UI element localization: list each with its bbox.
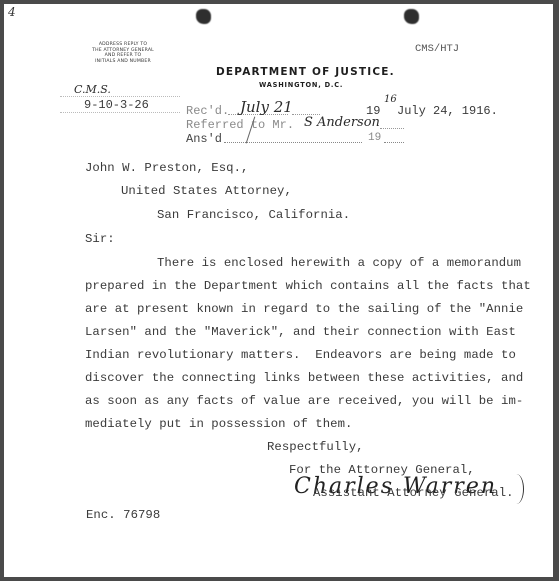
body-line: Larsen" and the "Maverick", and their co… (85, 325, 516, 339)
recipient-title: United States Attorney, (121, 184, 292, 198)
stamp-answered-dots-2 (384, 142, 404, 143)
stamp-referred-dots (380, 128, 404, 129)
address-notice-line: INITIALS AND NUMBER (68, 59, 178, 65)
signer-title: Assistant Attorney General. (313, 486, 514, 500)
stamp-received-year-handwritten: 16 (384, 94, 397, 105)
recipient-name: John W. Preston, Esq., (85, 161, 248, 175)
body-line: are at present known in regard to the sa… (85, 302, 523, 316)
punch-hole-left (196, 9, 211, 24)
stamp-received-handwritten: July 21 (240, 98, 293, 116)
letterhead-location: WASHINGTON, D.C. (259, 81, 343, 89)
initials-handwritten: C.M.S. (74, 83, 111, 96)
received-stamp: Rec'd. July 21 19 16 Referred to Mr. S A… (184, 100, 424, 146)
body-line: There is enclosed herewith a copy of a m… (157, 256, 521, 270)
body-line: prepared in the Department which contain… (85, 279, 531, 293)
recipient-location: San Francisco, California. (157, 208, 350, 222)
letter-page: 4 ADDRESS REPLY TO THE ATTORNEY GENERAL … (4, 4, 553, 577)
stamp-referred-handwritten: S Anderson (304, 115, 380, 130)
body-line: Indian revolutionary matters. Endeavors … (85, 348, 516, 362)
body-line: as soon as any facts of value are receiv… (85, 394, 523, 408)
stamp-answered-year-prefix: 19 (368, 132, 381, 144)
file-number-rule (60, 112, 180, 113)
body-line: discover the connecting links between th… (85, 371, 523, 385)
stamp-received-label: Rec'd. (186, 104, 229, 118)
enclosure-note: Enc. 76798 (86, 508, 160, 522)
salutation: Sir: (85, 232, 115, 246)
stamp-answered-label: Ans'd (186, 132, 222, 146)
initials-rule (60, 96, 180, 97)
file-number: 9-10-3-26 (84, 98, 149, 112)
closing: Respectfully, (267, 440, 364, 454)
typist-initials: CMS/HTJ (415, 43, 459, 55)
stamp-referred-label: Referred to Mr. (186, 118, 294, 132)
letter-date: July 24, 1916. (397, 104, 498, 118)
punch-hole-right (404, 9, 419, 24)
corner-handwritten-mark: 4 (8, 5, 16, 19)
body-line: mediately put in possession of them. (85, 417, 352, 431)
letterhead-title: DEPARTMENT OF JUSTICE. (216, 66, 395, 78)
address-notice: ADDRESS REPLY TO THE ATTORNEY GENERAL AN… (68, 42, 178, 64)
